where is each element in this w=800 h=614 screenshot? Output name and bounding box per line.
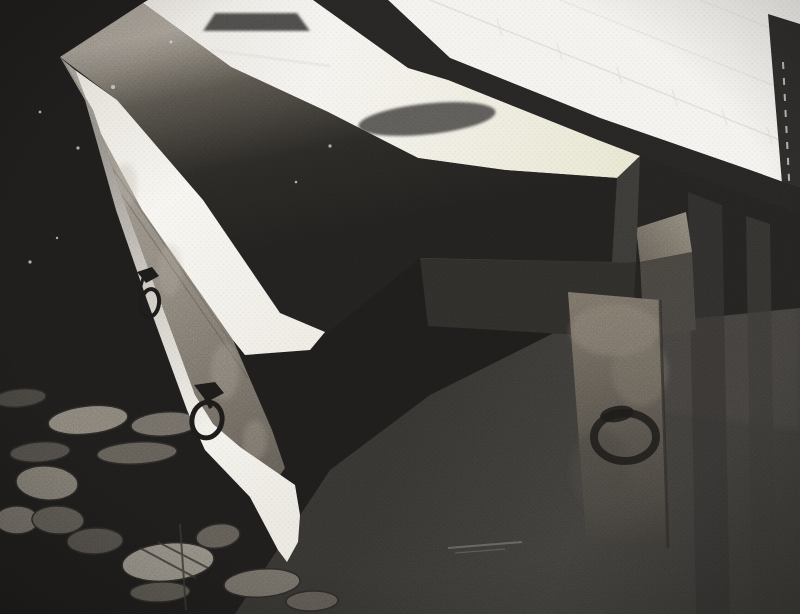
vignette [0, 0, 800, 614]
photograph [0, 0, 800, 614]
photo-canvas [0, 0, 800, 614]
